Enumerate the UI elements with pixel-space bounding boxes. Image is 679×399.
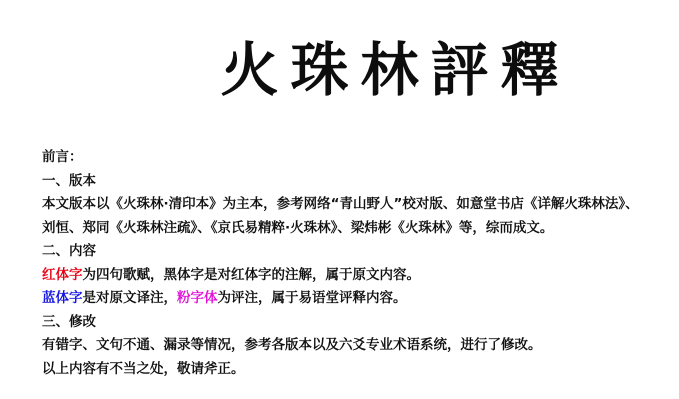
preface-block: 前言： 一、版本 本文版本以《火珠林·清印本》为主本，参考网络“青山野人”校对版… — [42, 146, 659, 381]
pink-text-explanation: 为评注，属于易语堂评释内容。 — [218, 290, 407, 306]
pink-text-label: 粉字体 — [177, 290, 218, 306]
content-paragraph-line-1: 红体字为四句歌赋，黑体字是对红体字的注解，属于原文内容。 — [42, 264, 659, 288]
preface-heading: 前言： — [42, 146, 659, 170]
document-title: 火珠林評釋 — [0, 34, 679, 107]
closing-remark-line: 以上内容有不当之处，敬请斧正。 — [42, 358, 659, 382]
content-paragraph-line-2: 蓝体字是对原文译注，粉字体为评注，属于易语堂评释内容。 — [42, 287, 659, 311]
version-paragraph-line-1: 本文版本以《火珠林·清印本》为主本，参考网络“青山野人”校对版、如意堂书店《详解… — [42, 193, 659, 217]
blue-text-label: 蓝体字 — [42, 290, 83, 306]
blue-text-explanation: 是对原文译注， — [83, 290, 178, 306]
red-text-explanation: 为四句歌赋，黑体字是对红体字的注解，属于原文内容。 — [83, 267, 421, 283]
document-page: 火珠林評釋 前言： 一、版本 本文版本以《火珠林·清印本》为主本，参考网络“青山… — [0, 0, 679, 399]
section-heading-content: 二、内容 — [42, 240, 659, 264]
section-heading-revision: 三、修改 — [42, 311, 659, 335]
version-paragraph-line-2: 刘恒、郑同《火珠林注疏》、《京氏易精粹·火珠林》、梁炜彬《火珠林》等，综而成文。 — [42, 217, 659, 241]
red-text-label: 红体字 — [42, 267, 83, 283]
section-heading-version: 一、版本 — [42, 170, 659, 194]
revision-paragraph-line: 有错字、文句不通、漏录等情况，参考各版本以及六爻专业术语系统，进行了修改。 — [42, 334, 659, 358]
